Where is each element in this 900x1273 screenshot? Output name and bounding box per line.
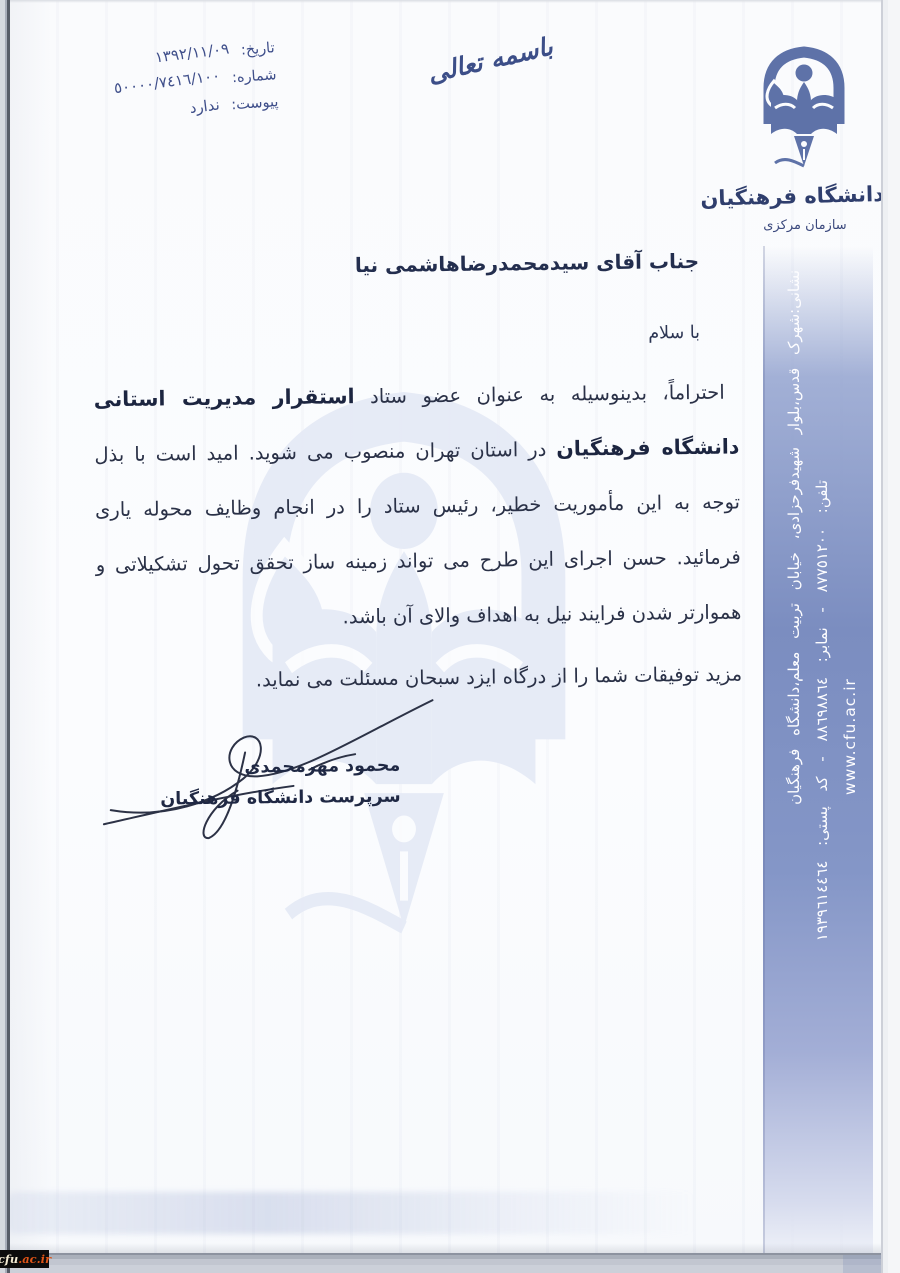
body-paragraph-1: احتراماً، بدینوسیله به عنوان عضو ستاد اس… [93,364,741,647]
paper-bottom-shadow [10,1243,881,1253]
body-paragraph-1-pre: احتراماً، بدینوسیله به عنوان عضو ستاد [354,381,724,409]
badge-suffix: .ac.ir [18,1252,51,1266]
letter-body: احتراماً، بدینوسیله به عنوان عضو ستاد اس… [93,364,742,709]
letter-content: جناب آقای سیدمحمدرضاهاشمی نیا با سلام اح… [0,0,900,1273]
cfu-site-badge: cfu.ac.ir [0,1250,49,1268]
scan-right-edge [881,0,900,1273]
signature-block: محمود مهرمحمدی سرپرست دانشگاه فرهنگیان [160,751,401,816]
signer-name: محمود مهرمحمدی [160,751,401,785]
body-paragraph-1-post: در استان تهران منصوب می شوید. امید است ب… [94,438,741,629]
recipient-line: جناب آقای سیدمحمدرضاهاشمی نیا [355,249,700,277]
scan-smudge [6,1192,696,1234]
scan-left-edge [0,0,10,1273]
scanned-letter-page: { "header": { "bismillah": "باسمه تعالی"… [0,0,900,1273]
scan-bottom-edge [0,1253,900,1273]
salutation-line: با سلام [648,323,700,344]
signer-title: سرپرست دانشگاه فرهنگیان [160,782,401,816]
badge-prefix: cfu [0,1252,18,1266]
